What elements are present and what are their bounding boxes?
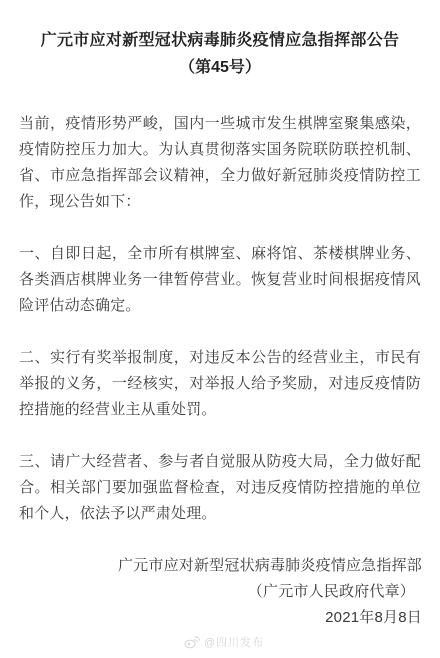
watermark: @四川发布 [184, 634, 264, 650]
item-paragraph-2: 二、实行有奖举报制度，对违反本公告的经营业主，市民有举报的义务，一经核实，对举报… [19, 345, 421, 423]
document-header: 广元市应对新型冠状病毒肺炎疫情应急指挥部公告 （第45号） [0, 0, 440, 81]
seal-note: （广元市人民政府代章） [0, 579, 422, 605]
watermark-text: @四川发布 [204, 634, 264, 650]
item-paragraph-3: 三、请广大经营者、参与者自觉服从防疫大局，全力做好配合。相关部门要加强监督检查，… [19, 449, 421, 527]
issue-date: 2021年8月8日 [0, 605, 422, 631]
document-number: （第45号） [0, 54, 440, 81]
item-paragraph-1: 一、自即日起，全市所有棋牌室、麻将馆、茶楼棋牌业务、各类酒店棋牌业务一律暂停营业… [19, 241, 421, 319]
issuer-name: 广元市应对新型冠状病毒肺炎疫情应急指挥部 [0, 553, 422, 579]
signature-block: 广元市应对新型冠状病毒肺炎疫情应急指挥部 （广元市人民政府代章） 2021年8月… [0, 553, 422, 631]
announcement-document: 广元市应对新型冠状病毒肺炎疫情应急指挥部公告 （第45号） 当前，疫情形势严峻，… [0, 0, 440, 658]
intro-paragraph: 当前，疫情形势严峻，国内一些城市发生棋牌室聚集感染，疫情防控压力加大。为认真贯彻… [19, 111, 421, 215]
document-body: 当前，疫情形势严峻，国内一些城市发生棋牌室聚集感染，疫情防控压力加大。为认真贯彻… [19, 111, 421, 527]
document-title: 广元市应对新型冠状病毒肺炎疫情应急指挥部公告 [0, 27, 440, 54]
weibo-icon [184, 635, 200, 649]
